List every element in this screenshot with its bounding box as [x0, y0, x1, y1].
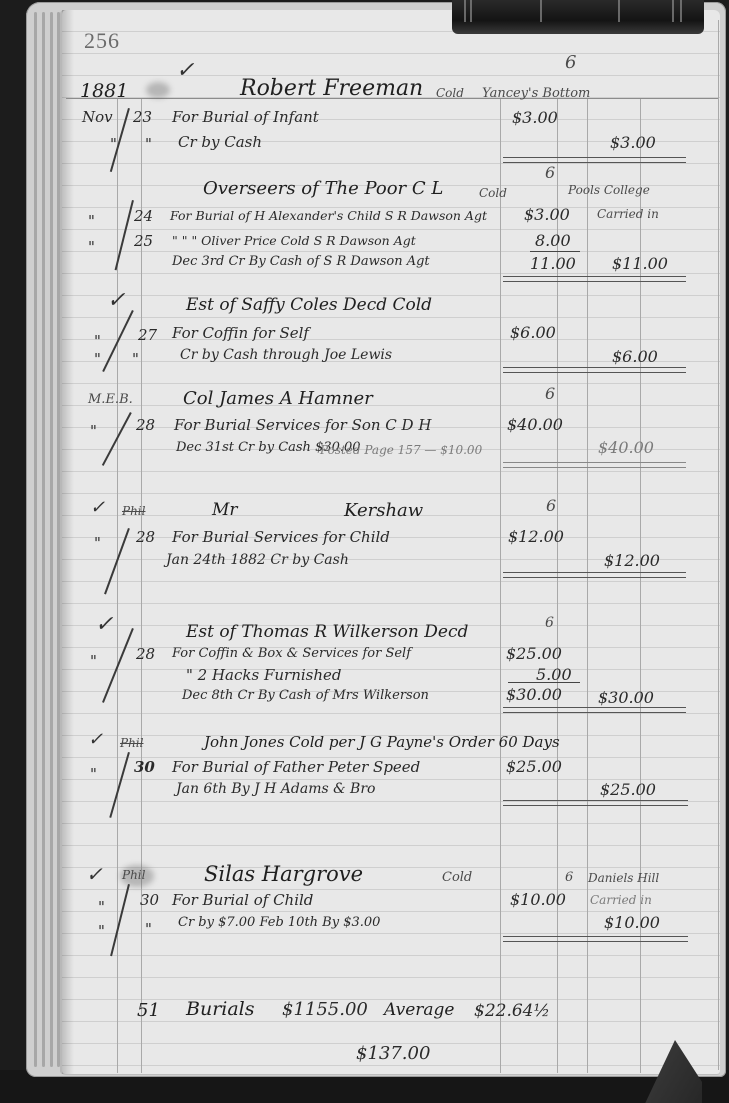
month-cell: " — [90, 765, 97, 783]
debit-cell: 11.00 — [530, 254, 576, 273]
month-cell: " — [88, 212, 95, 230]
day-cell: " — [132, 350, 139, 368]
credit-cell: $12.00 — [604, 551, 660, 570]
credit-cell: $11.00 — [612, 254, 668, 273]
summary-average: $22.64½ — [474, 1001, 550, 1021]
double-rule — [503, 800, 688, 806]
day-cell: 28 — [136, 528, 155, 546]
gutter-shadow — [62, 10, 74, 1074]
binding-shine — [464, 0, 466, 22]
entry-header: Est of Thomas R Wilkerson Decd — [186, 622, 468, 642]
entry-header: John Jones Cold per J G Payne's Order 60… — [204, 733, 560, 751]
credit-cell: $6.00 — [612, 347, 658, 366]
particulars-cell: For Burial of Father Peter Speed — [172, 758, 420, 776]
entry-header: Est of Saffy Coles Decd Cold — [186, 295, 432, 315]
particulars-cell: Cr by $7.00 Feb 10th By $3.00 — [178, 915, 380, 930]
debit-cell: $30.00 — [506, 685, 562, 704]
double-rule — [503, 367, 686, 373]
day-cell: " — [145, 920, 152, 938]
month-cell: " — [98, 898, 105, 916]
margin-mark: M.E.B. — [88, 392, 133, 407]
margin-mark: Phil — [122, 868, 145, 882]
ref-number: 6 — [565, 870, 573, 885]
day-cell: 28 — [136, 645, 155, 663]
entry-note: Cold — [479, 186, 507, 200]
column-rule-credit — [587, 98, 588, 1073]
binding-shine — [618, 0, 620, 22]
entry-header: Kershaw — [344, 500, 423, 521]
page-edge-line — [57, 12, 60, 1067]
binding-shine — [540, 0, 542, 22]
month-cell: " — [90, 422, 97, 440]
particulars-cell: For Coffin & Box & Services for Self — [172, 646, 411, 661]
page-edge-line — [50, 12, 53, 1067]
check-mark-icon: ✓ — [107, 288, 125, 313]
particulars-cell: For Burial Services for Son C D H — [174, 416, 431, 434]
particulars-cell: For Burial of Child — [172, 891, 313, 909]
debit-cell: $40.00 — [507, 415, 563, 434]
month-cell: " — [94, 350, 101, 368]
page-edge-line — [34, 12, 37, 1067]
entry-header: Silas Hargrove — [204, 862, 363, 886]
burial-count: 51 — [137, 1000, 160, 1021]
month-cell: " — [98, 922, 105, 940]
debit-cell: $12.00 — [508, 527, 564, 546]
day-cell: 23 — [133, 108, 152, 126]
particulars-cell: Jan 6th By J H Adams & Bro — [176, 781, 375, 797]
margin-mark: Phil — [122, 504, 145, 518]
summary-total: $1155.00 — [282, 999, 368, 1020]
particulars-cell: For Burial Services for Child — [172, 528, 390, 546]
summary-extra: $137.00 — [356, 1043, 430, 1064]
credit-cell: $25.00 — [600, 780, 656, 799]
entry-header: Overseers of The Poor C L — [203, 178, 443, 199]
double-rule — [503, 276, 686, 282]
check-mark-icon: ✓ — [90, 497, 105, 518]
posting-note: Posted Page 157 — $10.00 — [320, 443, 482, 457]
particulars-cell: Cr by Cash — [178, 133, 262, 151]
side-note: Daniels Hill — [588, 871, 659, 885]
entry-header: Col James A Hamner — [183, 388, 373, 409]
ref-number: 6 — [545, 163, 555, 182]
credit-cell: $40.00 — [598, 438, 654, 457]
day-cell: 25 — [134, 232, 153, 250]
binding-shine — [470, 0, 472, 22]
debit-cell: $6.00 — [510, 323, 556, 342]
side-note: Carried in — [597, 207, 659, 221]
check-mark-icon: ✓ — [176, 58, 194, 83]
debit-cell: 8.00 — [535, 231, 571, 250]
book-binding — [452, 0, 704, 34]
binding-shine — [680, 0, 682, 22]
check-mark-icon: ✓ — [86, 862, 103, 886]
page-edge-line — [42, 12, 45, 1067]
debit-cell: $3.00 — [512, 108, 558, 127]
day-cell: 30 — [140, 891, 159, 909]
subtotal-rule — [508, 682, 580, 683]
particulars-cell: For Burial of H Alexander's Child S R Da… — [170, 208, 487, 223]
day-cell: 28 — [136, 416, 155, 434]
column-rule-right — [718, 20, 719, 1070]
double-rule — [503, 936, 688, 942]
month-cell: " — [88, 238, 95, 256]
ref-number: 6 — [545, 615, 554, 631]
particulars-cell: Dec 3rd Cr By Cash of S R Dawson Agt — [172, 254, 430, 269]
month-cell: Nov — [82, 108, 113, 126]
month-cell: " — [94, 534, 101, 552]
double-rule — [503, 572, 686, 578]
particulars-cell: For Burial of Infant — [172, 108, 319, 126]
particulars-cell: " " " Oliver Price Cold S R Dawson Agt — [172, 233, 416, 248]
subtotal-rule — [530, 251, 580, 252]
debit-cell: $3.00 — [524, 205, 570, 224]
debit-cell: $25.00 — [506, 644, 562, 663]
year-label: 1881 — [80, 80, 128, 102]
column-rule-debit — [500, 98, 501, 1073]
double-rule — [503, 707, 686, 713]
binding-shine — [672, 0, 674, 22]
particulars-cell: Cr by Cash through Joe Lewis — [180, 347, 392, 363]
double-rule — [503, 462, 686, 468]
debit-cell: $25.00 — [506, 757, 562, 776]
entry-note: Cold — [442, 870, 472, 885]
month-cell: " — [90, 652, 97, 670]
page-number: 256 — [84, 28, 120, 54]
day-cell: 24 — [134, 207, 153, 225]
day-cell: 30 — [134, 758, 155, 776]
double-rule — [503, 157, 686, 163]
day-cell: " — [145, 135, 152, 153]
credit-cell: $30.00 — [598, 688, 654, 707]
ref-number: 6 — [545, 384, 555, 403]
entry-note: Cold — [436, 86, 464, 100]
debit-cell: $10.00 — [510, 890, 566, 909]
credit-cell: $3.00 — [610, 133, 656, 152]
entry-header: Robert Freeman — [240, 76, 423, 101]
side-note: Pools College — [568, 183, 650, 197]
average-label: Average — [384, 1000, 454, 1020]
entry-title: Mr — [212, 500, 238, 520]
margin-mark: Phil — [120, 736, 143, 750]
side-note: Carried in — [590, 893, 652, 907]
entry-location: Yancey's Bottom — [482, 86, 590, 101]
month-cell: " — [94, 332, 101, 350]
day-cell: 27 — [138, 326, 157, 344]
ref-number: 6 — [546, 496, 556, 515]
particulars-cell: Dec 8th Cr By Cash of Mrs Wilkerson — [182, 688, 429, 703]
credit-cell: $10.00 — [604, 913, 660, 932]
particulars-cell: Jan 24th 1882 Cr by Cash — [166, 552, 349, 568]
summary-label: Burials — [186, 998, 255, 1020]
check-mark-icon: ✓ — [95, 612, 113, 637]
check-mark-icon: ✓ — [88, 729, 103, 750]
ref-number: 6 — [565, 52, 576, 73]
particulars-cell: " 2 Hacks Furnished — [186, 666, 342, 684]
particulars-cell: For Coffin for Self — [172, 324, 309, 342]
ink-smudge — [146, 82, 170, 98]
